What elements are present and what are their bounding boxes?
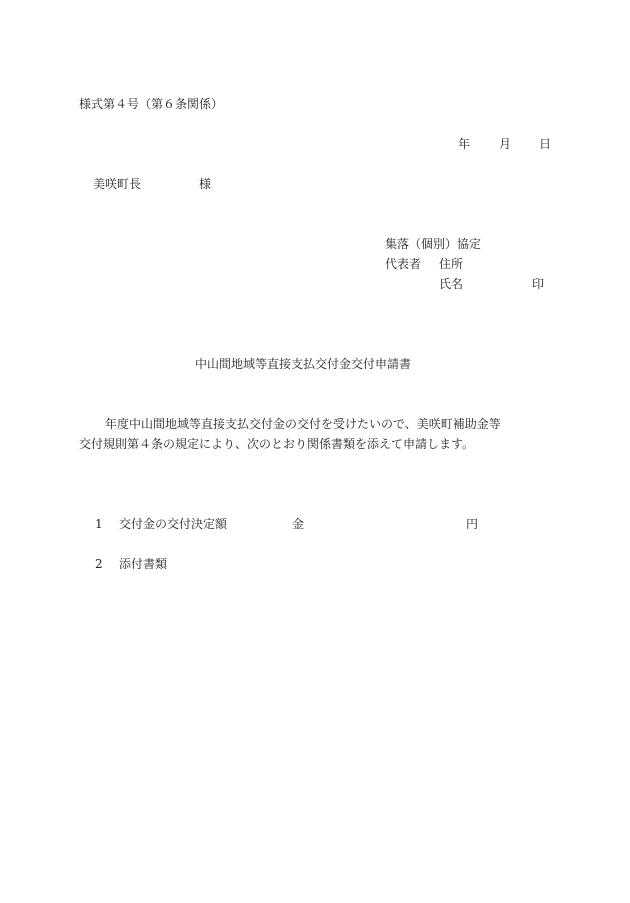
date-year-label: 年	[458, 137, 470, 151]
body-line-2: 交付規則第４条の規定により、次のとおり関係書類を添えて申請します。	[79, 437, 474, 451]
item-1-prefix: 金	[292, 517, 304, 531]
seal-mark: 印	[532, 277, 544, 291]
form-number: 様式第４号（第６条関係）	[79, 97, 223, 111]
document-page: 様式第４号（第６条関係） 年 月 日 美咲町長 様 集落（個別）協定 代表者 住…	[0, 0, 630, 903]
item-2-label: 添付書類	[119, 557, 167, 571]
document-title: 中山間地域等直接支払交付金交付申請書	[195, 357, 411, 371]
item-2-number: 2	[95, 557, 103, 571]
item-1-label: 交付金の交付決定額	[119, 517, 227, 531]
addressee-name: 美咲町長	[93, 177, 141, 191]
body-line-1: 年度中山間地域等直接支払交付金の交付を受けたいので、美咲町補助金等	[105, 417, 501, 431]
applicant-organization: 集落（個別）協定	[385, 237, 481, 251]
date-day-label: 日	[539, 137, 551, 151]
name-label: 氏名	[439, 277, 463, 291]
date-month-label: 月	[499, 137, 511, 151]
item-1-number: 1	[95, 517, 103, 531]
addressee-honorific: 様	[199, 177, 211, 191]
item-1-unit: 円	[466, 517, 478, 531]
representative-label: 代表者	[385, 257, 421, 271]
address-label: 住所	[439, 257, 463, 271]
